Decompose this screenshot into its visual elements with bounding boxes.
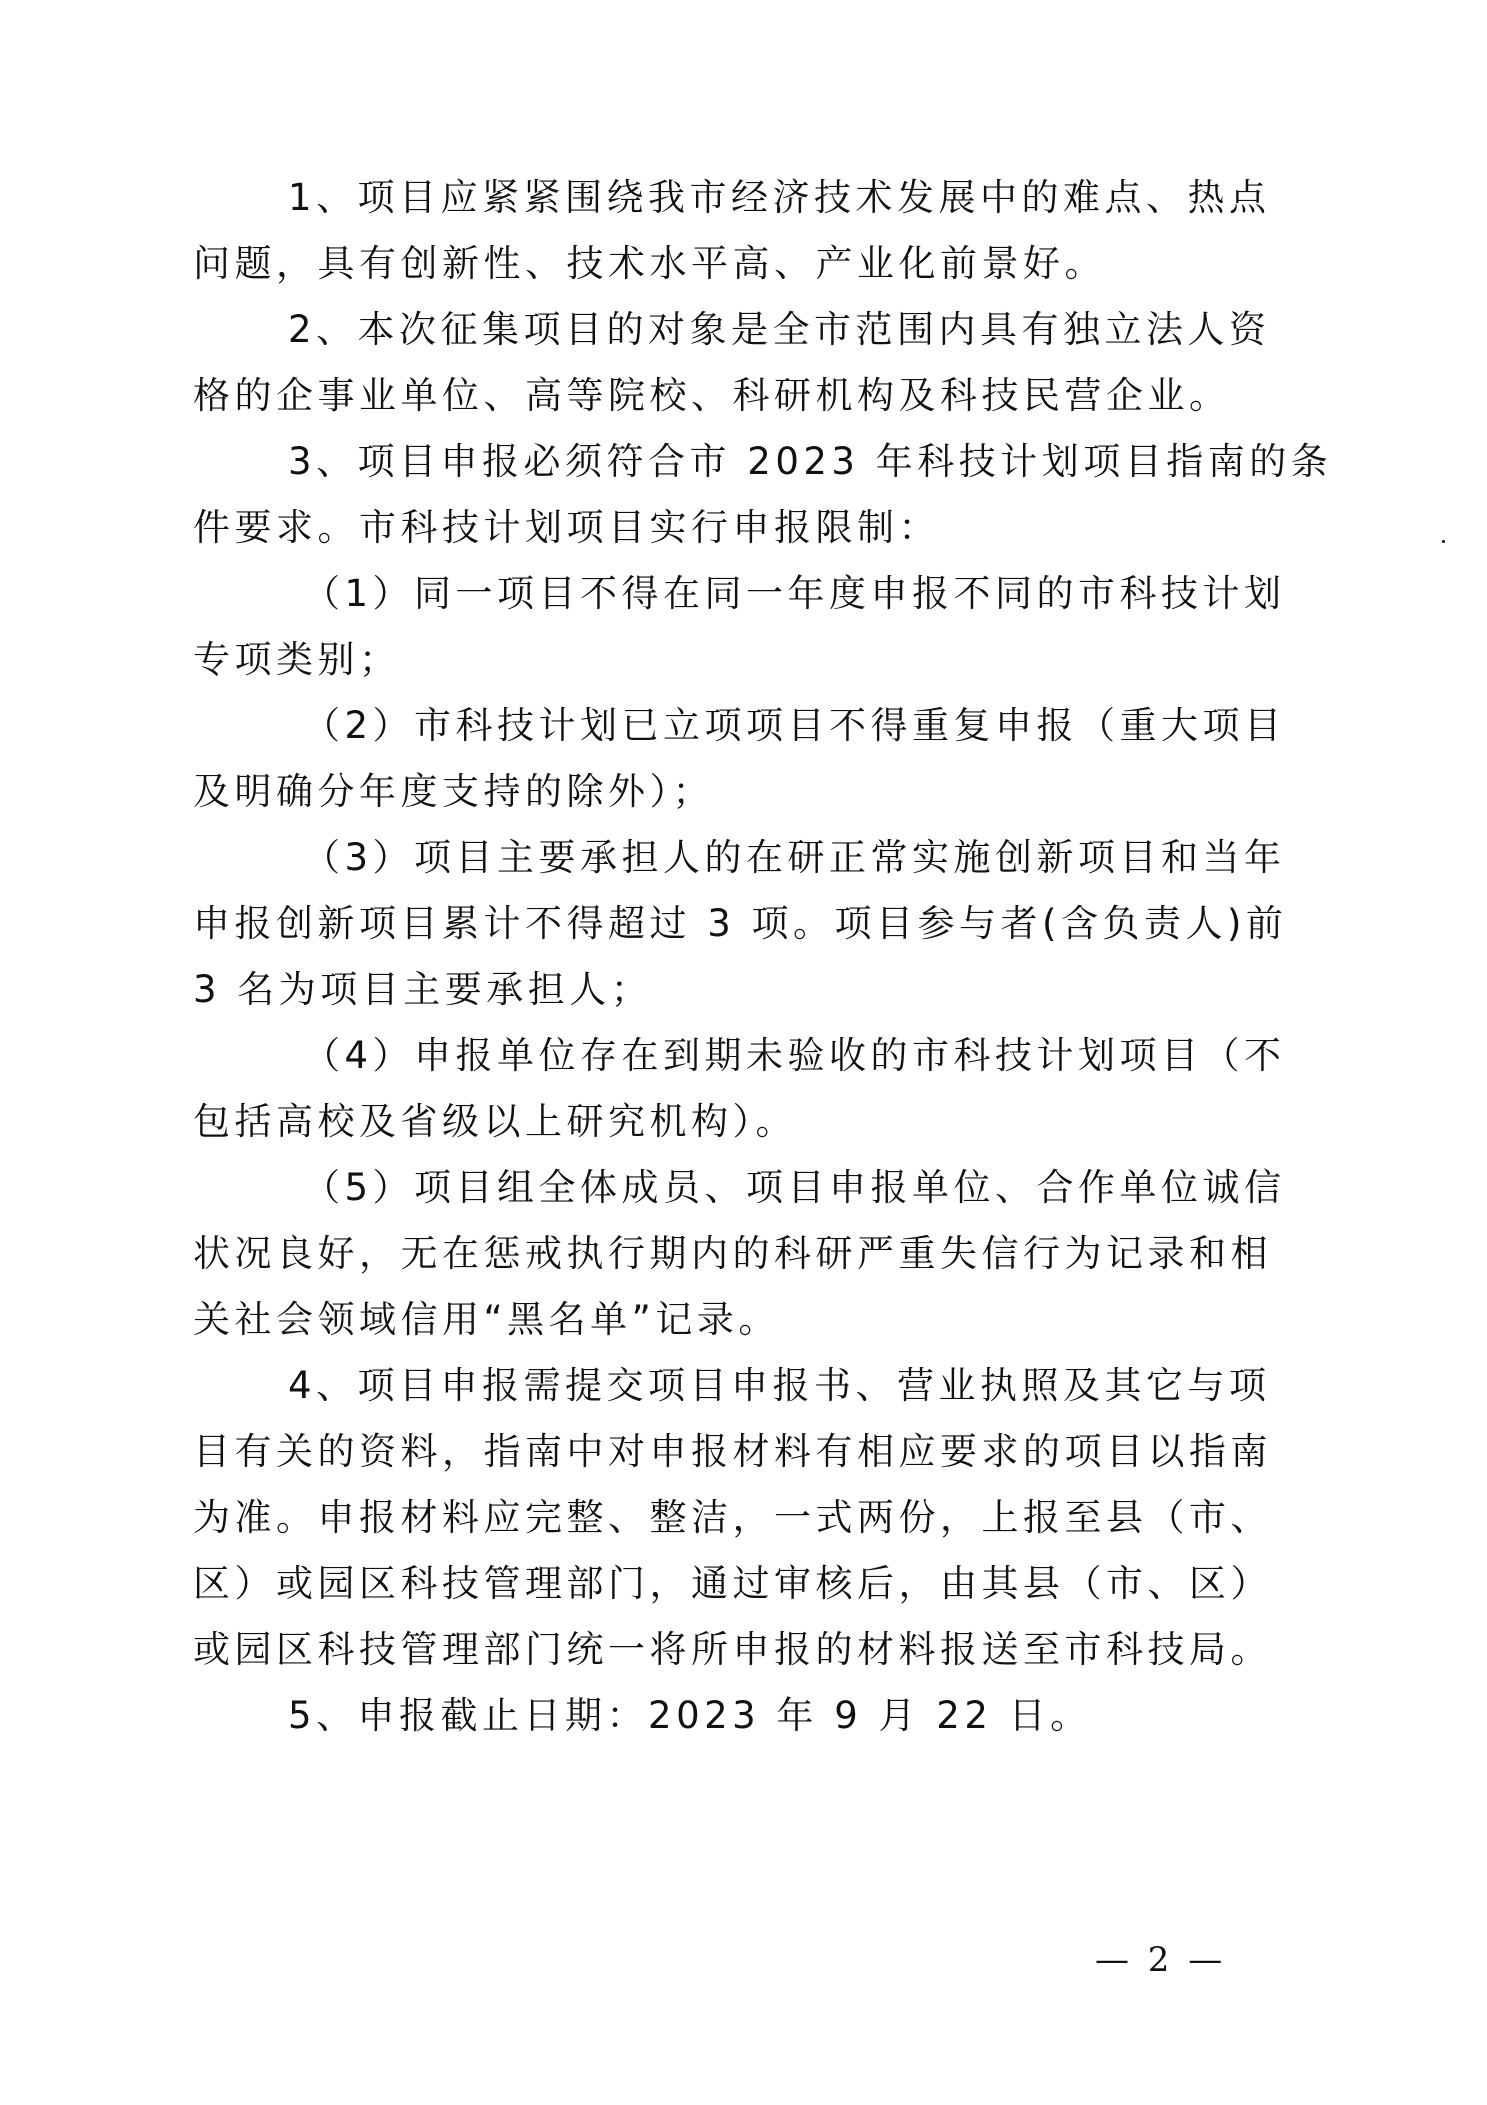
sub-item-1-line-2: 专项类别； [193, 627, 1333, 693]
sub-item-2-line-1: （2）市科技计划已立项项目不得重复申报（重大项目 [193, 693, 1333, 759]
item-3-line-1: 3、项目申报必须符合市 2023 年科技计划项目指南的条 [193, 429, 1333, 495]
document-body: 1、项目应紧紧围绕我市经济技术发展中的难点、热点 问题，具有创新性、技术水平高、… [193, 165, 1333, 1749]
sub-item-3-line-1: （3）项目主要承担人的在研正常实施创新项目和当年 [193, 825, 1333, 891]
item-4-line-2: 目有关的资料，指南中对申报材料有相应要求的项目以指南 [193, 1419, 1333, 1485]
sub-item-1-line-1: （1）同一项目不得在同一年度申报不同的市科技计划 [193, 561, 1333, 627]
item-2-line-2: 格的企事业单位、高等院校、科研机构及科技民营企业。 [193, 363, 1333, 429]
page-number: — 2 — [1095, 1940, 1226, 1980]
item-1-line-2: 问题，具有创新性、技术水平高、产业化前景好。 [193, 231, 1333, 297]
sub-item-5-line-3: 关社会领域信用“黑名单”记录。 [193, 1287, 1333, 1353]
item-4-line-3: 为准。申报材料应完整、整洁，一式两份，上报至县（市、 [193, 1485, 1333, 1551]
sub-item-2-line-2: 及明确分年度支持的除外）； [193, 759, 1333, 825]
item-5-deadline: 5、申报截止日期：2023 年 9 月 22 日。 [193, 1683, 1333, 1749]
item-4-line-4: 区）或园区科技管理部门，通过审核后，由其县（市、区） [193, 1551, 1333, 1617]
sub-item-4-line-1: （4）申报单位存在到期未验收的市科技计划项目（不 [193, 1023, 1333, 1089]
scan-speck [1442, 540, 1445, 543]
sub-item-5-line-1: （5）项目组全体成员、项目申报单位、合作单位诚信 [193, 1155, 1333, 1221]
item-3-line-2: 件要求。市科技计划项目实行申报限制： [193, 495, 1333, 561]
item-4-line-1: 4、项目申报需提交项目申报书、营业执照及其它与项 [193, 1353, 1333, 1419]
sub-item-4-line-2: 包括高校及省级以上研究机构）。 [193, 1089, 1333, 1155]
sub-item-3-line-2: 申报创新项目累计不得超过 3 项。项目参与者(含负责人)前 [193, 891, 1333, 957]
item-1-line-1: 1、项目应紧紧围绕我市经济技术发展中的难点、热点 [193, 165, 1333, 231]
item-2-line-1: 2、本次征集项目的对象是全市范围内具有独立法人资 [193, 297, 1333, 363]
item-4-line-5: 或园区科技管理部门统一将所申报的材料报送至市科技局。 [193, 1617, 1333, 1683]
sub-item-3-line-3: 3 名为项目主要承担人； [193, 957, 1333, 1023]
document-page: 1、项目应紧紧围绕我市经济技术发展中的难点、热点 问题，具有创新性、技术水平高、… [0, 0, 1487, 2105]
sub-item-5-line-2: 状况良好，无在惩戒执行期内的科研严重失信行为记录和相 [193, 1221, 1333, 1287]
